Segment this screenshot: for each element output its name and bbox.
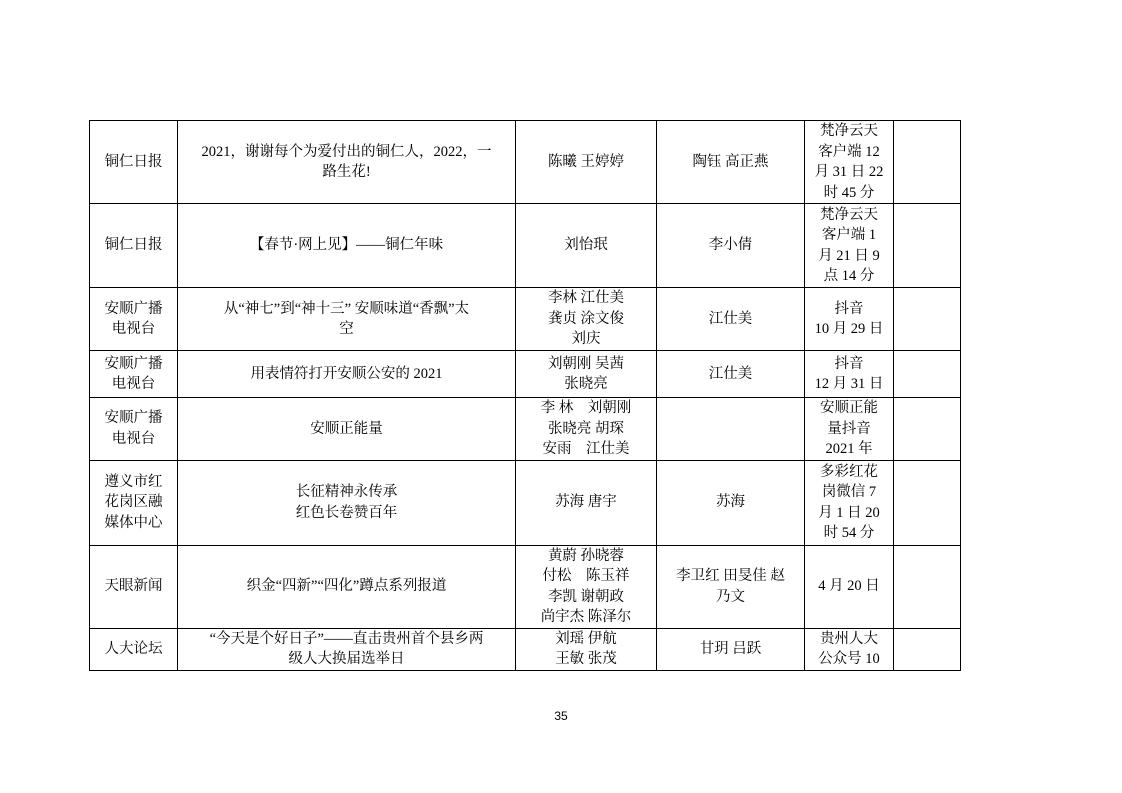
cell-media: 安顺广播 电视台 [90,398,178,461]
cell-note [894,628,961,670]
table-row: 遵义市红 花岗区融 媒体中心 长征精神永传承 红色长卷赞百年 苏海 唐宇 苏海 … [90,460,961,545]
cell-note [894,121,961,204]
cell-editors: 陶钰 高正燕 [657,121,805,204]
cell-title: 2021，谢谢每个为爱付出的铜仁人，2022，一 路生花! [178,121,516,204]
media-awards-table: 铜仁日报 2021，谢谢每个为爱付出的铜仁人，2022，一 路生花! 陈曦 王婷… [89,120,961,671]
cell-title: 安顺正能量 [178,398,516,461]
cell-editors: 李小倩 [657,204,805,288]
cell-note [894,460,961,545]
cell-note [894,398,961,461]
cell-editors: 甘玥 吕跃 [657,628,805,670]
cell-media: 安顺广播 电视台 [90,288,178,351]
cell-editors: 江仕美 [657,351,805,398]
cell-platform: 抖音 12 月 31 日 [805,351,894,398]
cell-platform: 梵净云天 客户端 1 月 21 日 9 点 14 分 [805,204,894,288]
cell-media: 遵义市红 花岗区融 媒体中心 [90,460,178,545]
table-row: 安顺广播 电视台 用表情符打开安顺公安的 2021 刘朝刚 吴茜 张晓亮 江仕美… [90,351,961,398]
cell-platform: 抖音 10 月 29 日 [805,288,894,351]
cell-media: 人大论坛 [90,628,178,670]
cell-title: 织金“四新”“四化”蹲点系列报道 [178,545,516,628]
cell-platform: 4 月 20 日 [805,545,894,628]
cell-editors [657,398,805,461]
document-page: 铜仁日报 2021，谢谢每个为爱付出的铜仁人，2022，一 路生花! 陈曦 王婷… [0,0,1122,793]
table-row: 天眼新闻 织金“四新”“四化”蹲点系列报道 黄蔚 孙晓蓉 付松 陈玉祥 李凯 谢… [90,545,961,628]
cell-title: 用表情符打开安顺公安的 2021 [178,351,516,398]
cell-note [894,288,961,351]
table-row: 安顺广播 电视台 从“神七”到“神十三” 安顺味道“香飘”太 空 李林 江仕美 … [90,288,961,351]
cell-editors: 江仕美 [657,288,805,351]
page-number: 35 [0,709,1122,723]
table-row: 铜仁日报 2021，谢谢每个为爱付出的铜仁人，2022，一 路生花! 陈曦 王婷… [90,121,961,204]
cell-authors: 黄蔚 孙晓蓉 付松 陈玉祥 李凯 谢朝政 尚宇杰 陈泽尔 [516,545,657,628]
cell-authors: 刘怡珉 [516,204,657,288]
cell-title: 【春节·网上见】——铜仁年味 [178,204,516,288]
cell-note [894,545,961,628]
cell-authors: 陈曦 王婷婷 [516,121,657,204]
cell-editors: 苏海 [657,460,805,545]
cell-authors: 李林 江仕美 龚贞 涂文俊 刘庆 [516,288,657,351]
cell-title: 长征精神永传承 红色长卷赞百年 [178,460,516,545]
cell-media: 天眼新闻 [90,545,178,628]
cell-platform: 安顺正能 量抖音 2021 年 [805,398,894,461]
cell-platform: 梵净云天 客户端 12 月 31 日 22 时 45 分 [805,121,894,204]
cell-editors: 李卫红 田旻佳 赵 乃文 [657,545,805,628]
table-row: 人大论坛 “今天是个好日子”——直击贵州首个县乡两 级人大换届选举日 刘瑶 伊航… [90,628,961,670]
table-row: 安顺广播 电视台 安顺正能量 李 林 刘朝刚 张晓亮 胡琛 安雨 江仕美 安顺正… [90,398,961,461]
cell-note [894,351,961,398]
cell-authors: 苏海 唐宇 [516,460,657,545]
cell-note [894,204,961,288]
cell-authors: 刘朝刚 吴茜 张晓亮 [516,351,657,398]
cell-title: “今天是个好日子”——直击贵州首个县乡两 级人大换届选举日 [178,628,516,670]
cell-media: 铜仁日报 [90,121,178,204]
cell-authors: 李 林 刘朝刚 张晓亮 胡琛 安雨 江仕美 [516,398,657,461]
cell-media: 铜仁日报 [90,204,178,288]
cell-media: 安顺广播 电视台 [90,351,178,398]
table-row: 铜仁日报 【春节·网上见】——铜仁年味 刘怡珉 李小倩 梵净云天 客户端 1 月… [90,204,961,288]
cell-title: 从“神七”到“神十三” 安顺味道“香飘”太 空 [178,288,516,351]
cell-authors: 刘瑶 伊航 王敏 张茂 [516,628,657,670]
cell-platform: 多彩红花 岗微信 7 月 1 日 20 时 54 分 [805,460,894,545]
cell-platform: 贵州人大 公众号 10 [805,628,894,670]
